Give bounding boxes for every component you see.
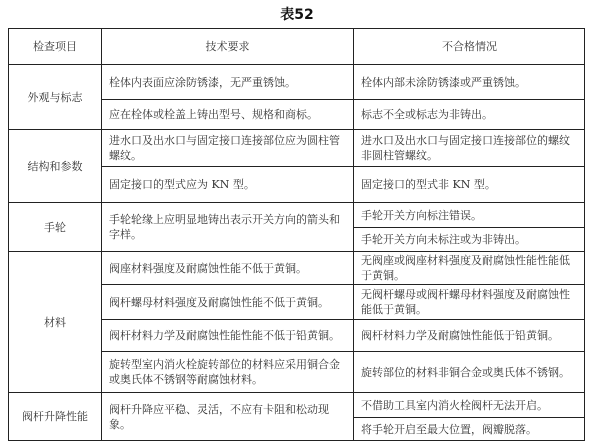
failure-cell: 无阀座或阀座材料强度及耐腐蚀性能性能低于黄铜。 xyxy=(354,252,585,284)
requirement-cell: 旋转型室内消火栓旋转部位的材料应采用铜合金或奥氏体不锈钢等耐腐蚀材料。 xyxy=(102,352,353,392)
failure-cell: 将手轮开启至最大位置，阀瓣脱落。 xyxy=(354,418,585,440)
failure-cell: 旋转部位的材料非铜合金或奥氏体不锈钢。 xyxy=(354,352,585,392)
inspection-table: 检查项目 技术要求 不合格情况 外观与标志 栓体内表面应涂防锈漆，无严重锈蚀。 … xyxy=(8,28,585,441)
item-material: 材料 xyxy=(9,252,101,392)
requirement-cell: 阀杆螺母材料强度及耐腐蚀性能不低于黄铜。 xyxy=(102,285,353,319)
table-title: 表52 xyxy=(0,4,594,24)
requirement-cell: 阀杆材料力学及耐腐蚀性能性能不低于铅黄铜。 xyxy=(102,320,353,351)
failure-cell: 手轮开关方向未标注或为非铸出。 xyxy=(354,228,585,251)
item-handwheel: 手轮 xyxy=(9,203,101,251)
item-stem-lift: 阀杆升降性能 xyxy=(9,393,101,440)
header-requirement: 技术要求 xyxy=(102,29,353,64)
requirement-cell: 阀杆升降应平稳、灵活，不应有卡阻和松动现象。 xyxy=(102,393,353,440)
item-appearance: 外观与标志 xyxy=(9,65,101,129)
failure-cell: 固定接口的型式非 KN 型。 xyxy=(354,167,585,202)
failure-cell: 标志不全或标志为非铸出。 xyxy=(354,100,585,129)
requirement-cell: 固定接口的型式应为 KN 型。 xyxy=(102,167,353,202)
failure-cell: 手轮开关方向标注错误。 xyxy=(354,203,585,227)
failure-cell: 无阀杆螺母或阀杆螺母材料强度及耐腐蚀性能低于黄铜。 xyxy=(354,285,585,319)
requirement-cell: 手轮轮缘上应明显地铸出表示开关方向的箭头和字样。 xyxy=(102,203,353,251)
item-structure: 结构和参数 xyxy=(9,130,101,202)
requirement-cell: 阀座材料强度及耐腐蚀性能不低于黄铜。 xyxy=(102,252,353,284)
requirement-cell: 栓体内表面应涂防锈漆，无严重锈蚀。 xyxy=(102,65,353,99)
header-item: 检查项目 xyxy=(9,29,101,64)
failure-cell: 进水口及出水口与固定接口连接部位的螺纹非圆柱管螺纹。 xyxy=(354,130,585,166)
failure-cell: 栓体内部未涂防锈漆或严重锈蚀。 xyxy=(354,65,585,99)
failure-cell: 不借助工具室内消火栓阀杆无法开启。 xyxy=(354,393,585,417)
requirement-cell: 应在栓体或栓盖上铸出型号、规格和商标。 xyxy=(102,100,353,129)
header-failure: 不合格情况 xyxy=(354,29,585,64)
failure-cell: 阀杆材料力学及耐腐蚀性能低于铅黄铜。 xyxy=(354,320,585,351)
requirement-cell: 进水口及出水口与固定接口连接部位应为圆柱管螺纹。 xyxy=(102,130,353,166)
